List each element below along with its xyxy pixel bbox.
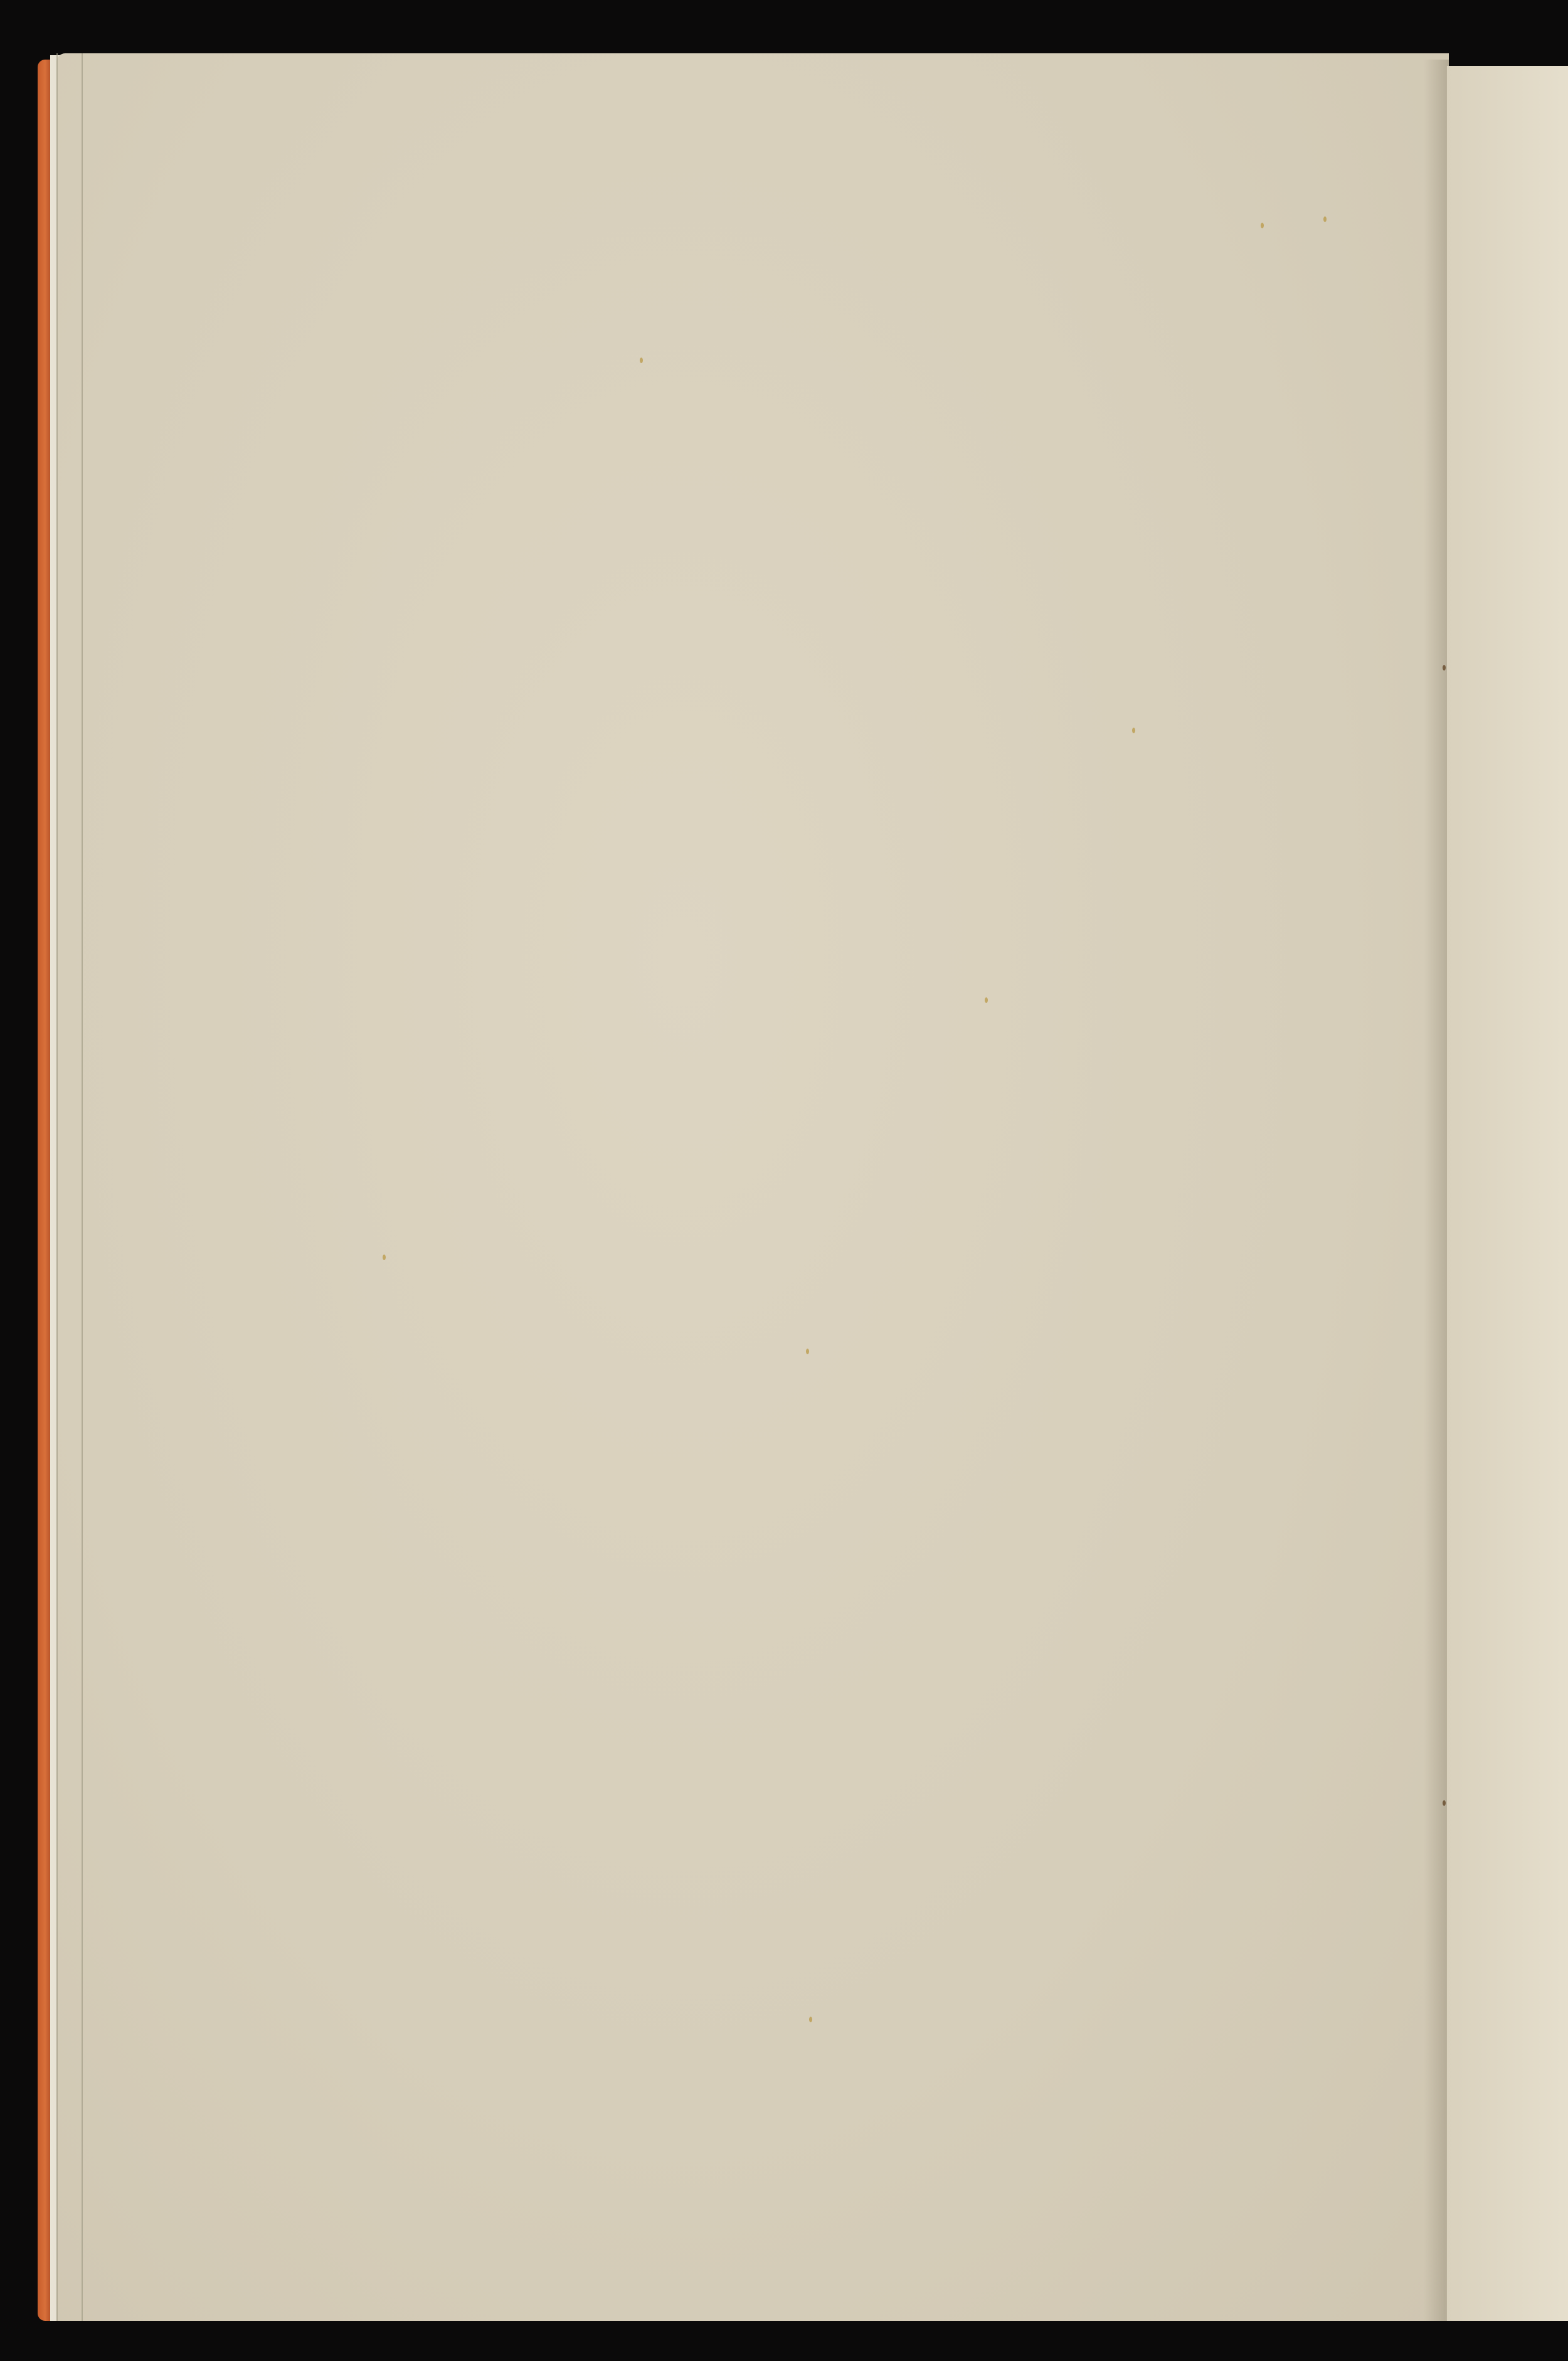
page-edge-line <box>82 53 83 2321</box>
binding-mark <box>1443 665 1446 671</box>
foxing-spot <box>383 1255 386 1260</box>
foxing-spot <box>1132 728 1135 733</box>
blank-book-page <box>56 53 1449 2321</box>
foxing-spot <box>1261 223 1264 228</box>
foxing-spot <box>985 997 988 1003</box>
page-edge-line <box>56 53 58 2321</box>
book-gutter <box>1424 60 1449 2321</box>
foxing-spot <box>809 2017 812 2022</box>
book-cover-edge <box>38 60 50 2321</box>
binding-mark <box>1443 1800 1446 1806</box>
foxing-spot <box>640 358 643 363</box>
foxing-spot <box>1323 216 1327 222</box>
foxing-spot <box>806 1349 809 1354</box>
adjacent-right-page <box>1446 66 1568 2321</box>
